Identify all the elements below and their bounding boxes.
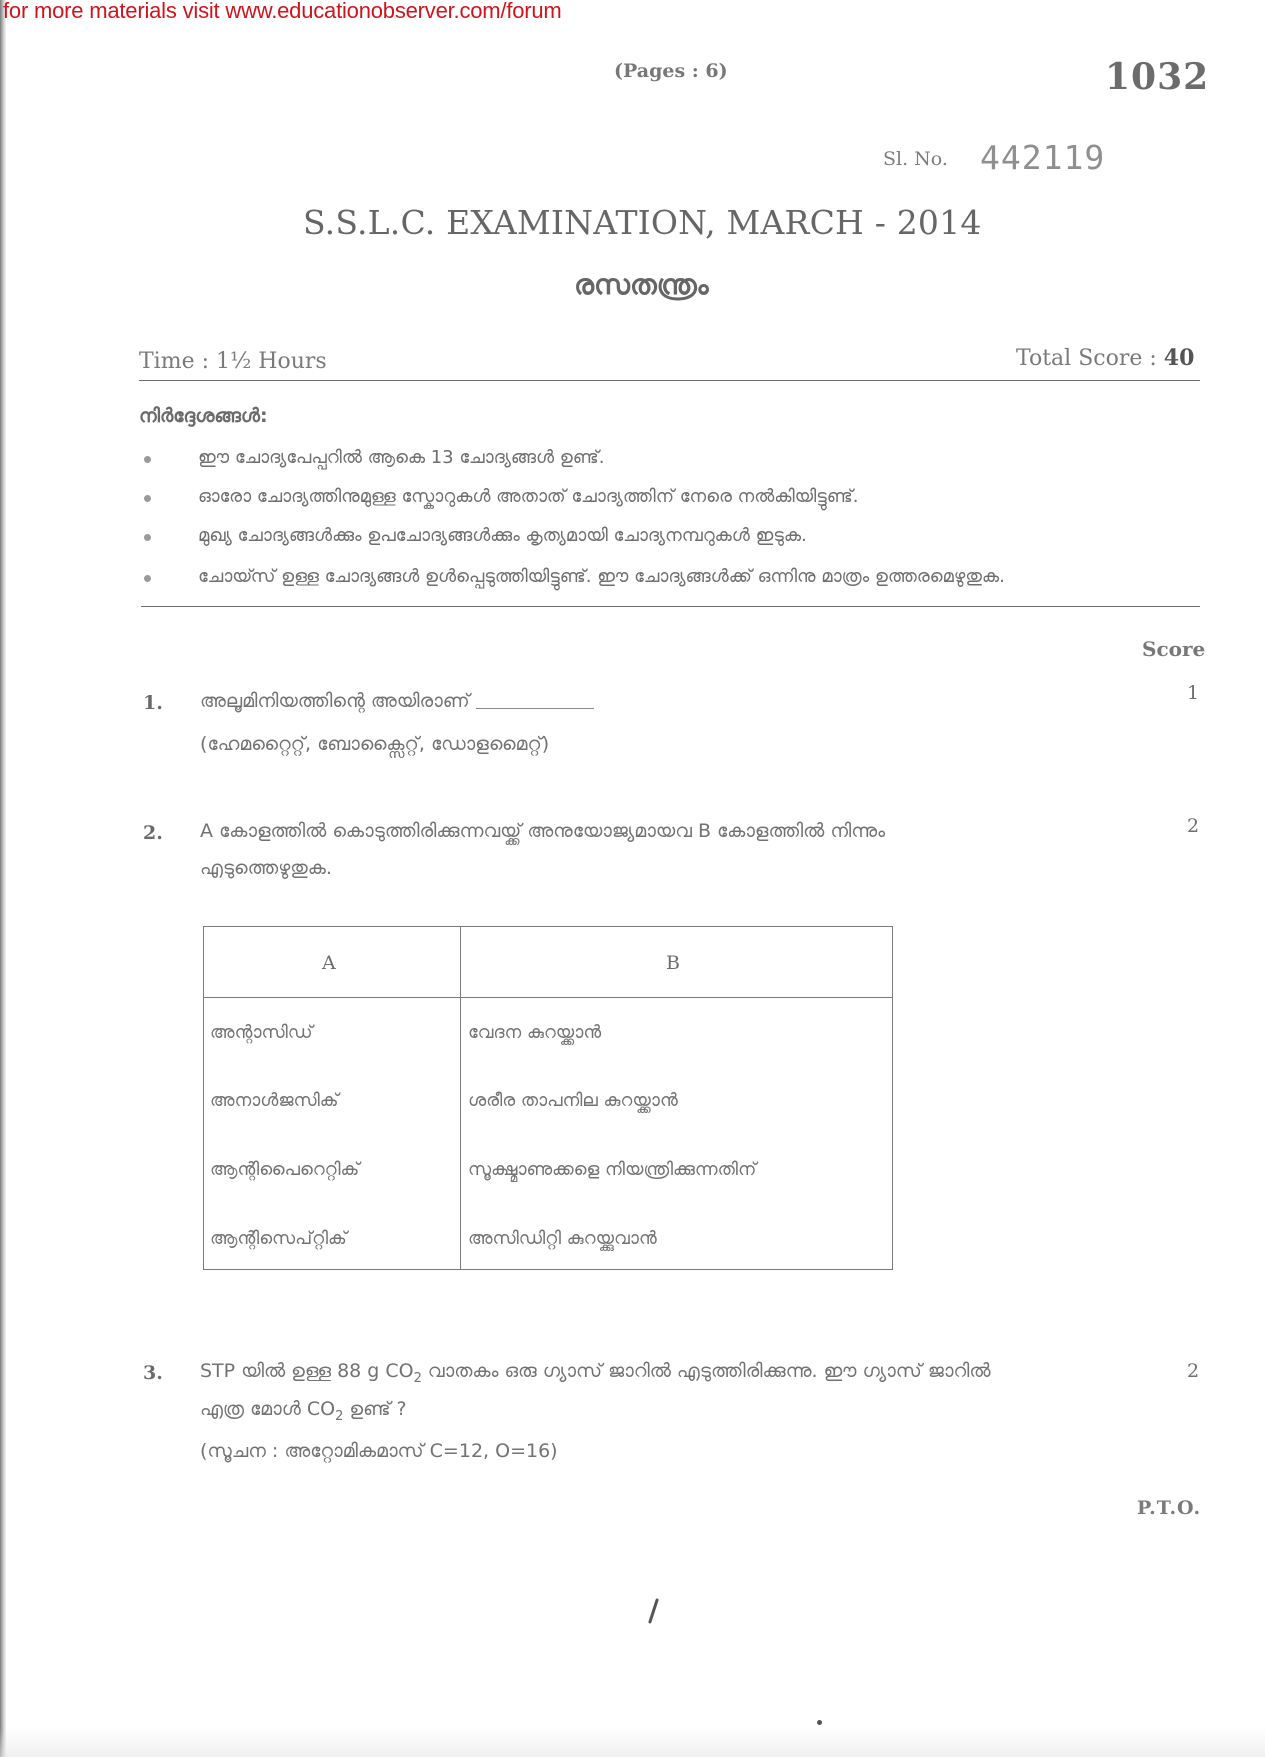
serial-number: 442119 bbox=[980, 138, 1105, 177]
table-cell-a: ആന്റിപൈറെറ്റിക് bbox=[210, 1159, 359, 1180]
question-text-continued: എത്ര മോൾ CO2 ഉണ്ട് ? bbox=[200, 1398, 407, 1424]
scan-speck bbox=[817, 1720, 822, 1725]
bullet-icon bbox=[144, 534, 151, 541]
serial-label: Sl. No. bbox=[883, 148, 948, 170]
instructions-heading: നിർദ്ദേശങ്ങൾ: bbox=[139, 405, 268, 427]
scan-left-edge bbox=[0, 0, 6, 1757]
time-allowed: Time : 1½ Hours bbox=[139, 349, 327, 374]
question-number: 1. bbox=[143, 692, 163, 714]
question-number: 2. bbox=[143, 822, 163, 844]
please-turn-over: P.T.O. bbox=[1137, 1497, 1201, 1519]
question-score: 2 bbox=[1187, 1360, 1199, 1382]
column-header-b: B bbox=[666, 952, 680, 974]
total-score-value: 40 bbox=[1164, 345, 1195, 371]
bullet-icon bbox=[144, 456, 151, 463]
table-cell-b: അസിഡിറ്റി കുറയ്ക്കുവാൻ bbox=[468, 1228, 657, 1249]
table-cell-a: അന്റാസിഡ് bbox=[210, 1022, 313, 1043]
header-divider bbox=[139, 380, 1200, 381]
total-score: Total Score : 40 bbox=[1016, 345, 1194, 371]
subject-title: രസതന്ത്രം bbox=[574, 268, 708, 302]
question-text-continued: എടുത്തെഴുതുക. bbox=[200, 857, 332, 879]
table-cell-a: അനാൾജസിക് bbox=[210, 1090, 339, 1111]
total-score-label: Total Score : bbox=[1016, 346, 1164, 371]
paper-code: 1032 bbox=[1105, 56, 1209, 98]
table-cell-b: വേദന കുറയ്ക്കാൻ bbox=[468, 1022, 601, 1043]
bullet-icon bbox=[144, 575, 151, 582]
question-options: (ഹേമറ്റൈറ്റ്, ബോക്സൈറ്റ്, ഡോളമൈറ്റ്) bbox=[200, 733, 549, 755]
bullet-icon bbox=[144, 495, 151, 502]
score-column-heading: Score bbox=[1142, 637, 1205, 661]
table-cell-a: ആന്റിസെപ്റ്റിക് bbox=[210, 1228, 347, 1249]
question-number: 3. bbox=[143, 1362, 163, 1384]
table-cell-b: സൂക്ഷ്മാണുക്കളെ നിയന്ത്രിക്കുന്നതിന് bbox=[468, 1159, 756, 1180]
scan-bottom-shadow bbox=[0, 1727, 1265, 1757]
instructions-divider bbox=[141, 606, 1200, 607]
question-score: 2 bbox=[1187, 815, 1199, 837]
answer-blank bbox=[476, 708, 594, 709]
question-hint: (സൂചന : അറ്റോമികമാസ് C=12, O=16) bbox=[200, 1440, 558, 1462]
column-header-a: A bbox=[322, 952, 336, 974]
question-text: A കോളത്തിൽ കൊടുത്തിരിക്കുന്നവയ്ക്ക് അനുയ… bbox=[200, 820, 885, 842]
pen-mark bbox=[648, 1598, 659, 1624]
exam-title: S.S.L.C. EXAMINATION, MARCH - 2014 bbox=[303, 203, 982, 242]
watermark-link[interactable]: for more materials visit www.educationob… bbox=[3, 0, 562, 24]
page-count: (Pages : 6) bbox=[614, 60, 728, 82]
question-text: അലൂമിനിയത്തിന്റെ അയിരാണ് bbox=[200, 690, 594, 712]
match-table: A B അന്റാസിഡ് വേദന കുറയ്ക്കാൻ അനാൾജസിക് … bbox=[203, 926, 893, 1270]
table-cell-b: ശരീര താപനില കുറയ്ക്കാൻ bbox=[468, 1090, 678, 1111]
question-score: 1 bbox=[1187, 682, 1199, 704]
table-header-divider bbox=[204, 997, 892, 998]
table-column-divider bbox=[460, 927, 461, 1269]
question-text: STP യിൽ ഉള്ള 88 g CO2 വാതകം ഒരു ഗ്യാസ് ജ… bbox=[200, 1360, 991, 1386]
